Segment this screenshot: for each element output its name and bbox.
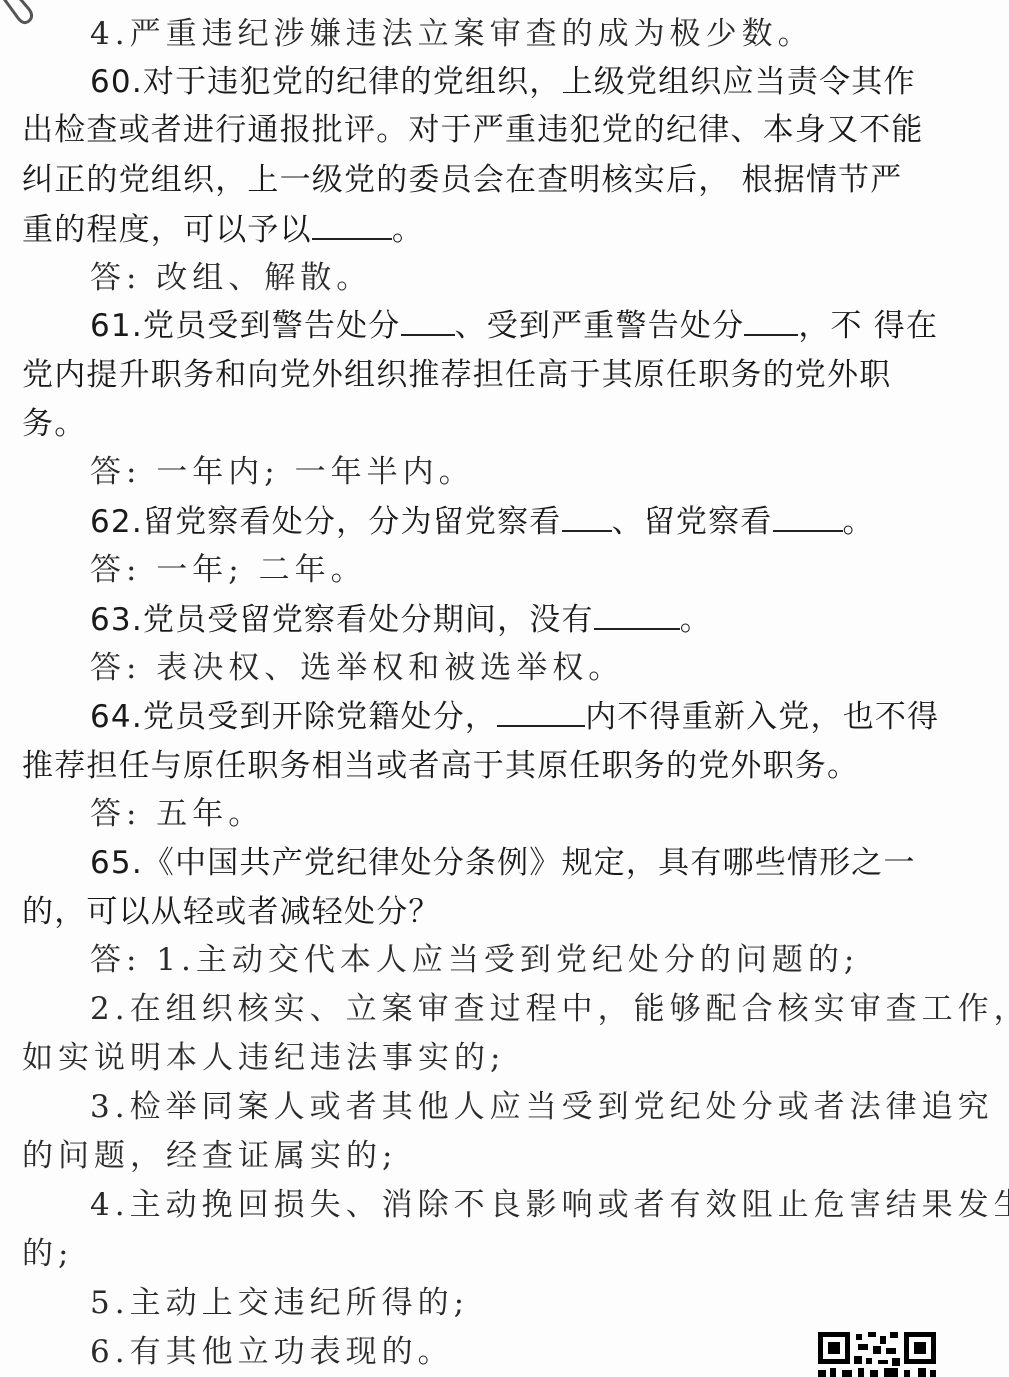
text-segment: 、受到严重警告处分 (455, 308, 745, 344)
text-segment: 5.主动上交违纪所得的; (90, 1285, 469, 1321)
text-segment: 纠正的党组织，上一级党的委员会在查明核实后， 根据情节严 (22, 162, 902, 198)
text-segment: 4.主动挽回损失、消除不良影响或者有效阻止危害结果发生 (90, 1187, 1009, 1223)
question-text-line: 出检查或者进行通报批评。对于严重违犯党的纪律、本身又不能 (22, 110, 986, 150)
text-segment: 。 (843, 504, 875, 540)
text-segment: 答: 五年。 (90, 796, 264, 832)
text-segment: 内不得重新入党，也不得 (585, 699, 939, 735)
answer-text-line: 答: 一年内; 一年半内。 (90, 452, 986, 492)
answer-text-line: 4.严重违纪涉嫌违法立案审查的成为极少数。 (90, 14, 986, 54)
text-segment: 、留党察看 (612, 504, 773, 540)
question-text-line: 重的程度，可以予以。 (22, 210, 986, 250)
answer-text-line: 5.主动上交违纪所得的; (90, 1283, 986, 1323)
answer-text-line: 答: 五年。 (90, 794, 986, 834)
answer-text-line: 答: 改组、解散。 (90, 258, 986, 298)
question-text-line: 65.《中国共产党纪律处分条例》规定，具有哪些情形之一 (90, 843, 986, 883)
text-segment: 如实说明本人违纪违法事实的; (22, 1040, 505, 1076)
question-text-line: 务。 (22, 404, 986, 444)
question-text-line: 党内提升职务和向党外组织推荐担任高于其原任职务的党外职 (22, 355, 986, 395)
text-segment: 63.党员受留党察看处分期间，没有 (90, 602, 594, 638)
text-segment: 的; (22, 1236, 73, 1272)
text-segment: 的问题，经查证属实的; (22, 1138, 397, 1174)
text-segment: 3.检举同案人或者其他人应当受到党纪处分或者法律追究 (90, 1089, 994, 1125)
text-segment: 。 (680, 602, 712, 638)
text-segment: 2.在组织核实、立案审查过程中，能够配合核实审查工作， (90, 991, 1009, 1027)
text-segment: 4.严重违纪涉嫌违法立案审查的成为极少数。 (90, 16, 814, 52)
answer-text-line: 4.主动挽回损失、消除不良影响或者有效阻止危害结果发生 (90, 1185, 986, 1225)
question-text-line: 63.党员受留党察看处分期间，没有。 (90, 600, 986, 640)
text-segment: 出检查或者进行通报批评。对于严重违犯党的纪律、本身又不能 (22, 112, 924, 148)
text-segment: 重的程度，可以予以 (22, 212, 312, 248)
text-segment: 答: 1.主动交代本人应当受到党纪处分的问题的; (90, 942, 859, 978)
question-text-line: 61.党员受到警告处分、受到严重警告处分，不 得在 (90, 306, 986, 346)
fill-in-blank (562, 502, 612, 532)
text-segment: 6.有其他立功表现的。 (90, 1334, 454, 1370)
text-segment: 答: 一年; 二年。 (90, 552, 367, 588)
question-text-line: 60.对于违犯党的纪律的党组织，上级党组织应当责令其作 (90, 62, 986, 102)
paperclip-icon (0, 0, 40, 30)
question-text-line: 推荐担任与原任职务相当或者高于其原任职务的党外职务。 (22, 746, 986, 786)
fill-in-blank (401, 306, 455, 336)
question-text-line: 64.党员受到开除党籍处分，内不得重新入党，也不得 (90, 697, 986, 737)
answer-text-line: 3.检举同案人或者其他人应当受到党纪处分或者法律追究 (90, 1087, 986, 1127)
text-segment: 党内提升职务和向党外组织推荐担任高于其原任职务的党外职 (22, 357, 891, 393)
answer-text-line: 的; (22, 1234, 986, 1274)
answer-text-line: 答: 1.主动交代本人应当受到党纪处分的问题的; (90, 940, 986, 980)
document-page: 4.严重违纪涉嫌违法立案审查的成为极少数。60.对于违犯党的纪律的党组织，上级党… (0, 0, 1009, 1377)
answer-text-line: 答: 表决权、选举权和被选举权。 (90, 648, 986, 688)
text-segment: 务。 (22, 406, 86, 442)
fill-in-blank (594, 600, 680, 630)
answer-text-line: 答: 一年; 二年。 (90, 550, 986, 590)
text-segment: 答: 改组、解散。 (90, 260, 372, 296)
answer-text-line: 2.在组织核实、立案审查过程中，能够配合核实审查工作， (90, 989, 986, 1029)
text-segment: 推荐担任与原任职务相当或者高于其原任职务的党外职务。 (22, 748, 859, 784)
text-segment: ，不 得在 (798, 308, 938, 344)
text-segment: 62.留党察看处分，分为留党察看 (90, 504, 562, 540)
text-segment: 60.对于违犯党的纪律的党组织，上级党组织应当责令其作 (90, 64, 916, 100)
fill-in-blank (497, 697, 585, 727)
text-segment: 答: 表决权、选举权和被选举权。 (90, 650, 624, 686)
text-segment: 。 (392, 212, 424, 248)
fill-in-blank (744, 306, 798, 336)
qr-code-icon[interactable] (818, 1332, 938, 1377)
answer-text-line: 如实说明本人违纪违法事实的; (22, 1038, 986, 1078)
fill-in-blank (312, 210, 392, 240)
text-segment: 61.党员受到警告处分 (90, 308, 401, 344)
question-text-line: 的，可以从轻或者减轻处分？ (22, 892, 986, 932)
text-segment: 65.《中国共产党纪律处分条例》规定，具有哪些情形之一 (90, 845, 916, 881)
answer-text-line: 的问题，经查证属实的; (22, 1136, 986, 1176)
text-segment: 64.党员受到开除党籍处分， (90, 699, 497, 735)
text-segment: 答: 一年内; 一年半内。 (90, 454, 475, 490)
fill-in-blank (773, 502, 843, 532)
text-segment: 的，可以从轻或者减轻处分？ (22, 894, 441, 930)
question-text-line: 62.留党察看处分，分为留党察看、留党察看。 (90, 502, 986, 542)
question-text-line: 纠正的党组织，上一级党的委员会在查明核实后， 根据情节严 (22, 160, 986, 200)
